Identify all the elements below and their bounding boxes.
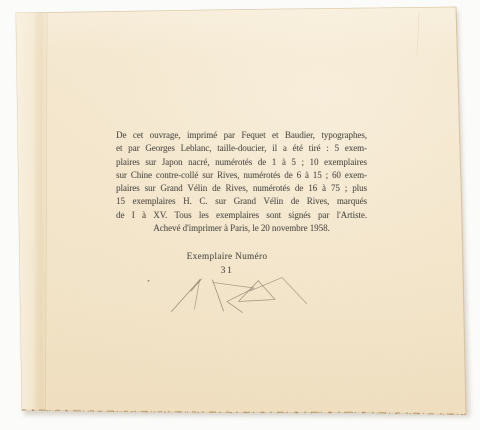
- exemplaire-label: Exemplaire Numéro: [155, 251, 299, 262]
- signature-stroke: [191, 279, 202, 291]
- photograph-of-colophon-page: De cet ouvrage, imprimé par Fequet et Ba…: [0, 0, 480, 430]
- colophon-line: 15 exemplaires H. C. sur Grand Vélin de …: [116, 195, 367, 208]
- colophon-line: plaires sur Japon nacré, numérotés de 1 …: [116, 156, 367, 169]
- colophon-line: sur Chine contre-collé sur Rives, numéro…: [116, 169, 367, 182]
- signature-stroke: [172, 280, 201, 312]
- signature-stroke: [239, 281, 276, 302]
- colophon-text-block: De cet ouvrage, imprimé par Fequet et Ba…: [116, 129, 367, 235]
- colophon-line-achevé: Achevé d'imprimer à Paris, le 20 novembr…: [116, 222, 367, 235]
- signature-stroke: [213, 280, 224, 311]
- colophon-line: et par Georges Leblanc, taille-doucier, …: [116, 142, 367, 155]
- artist-signature: [166, 272, 316, 320]
- colophon-line: plaires sur Grand Vélin de Rives, numéro…: [116, 182, 367, 195]
- colophon-line: De cet ouvrage, imprimé par Fequet et Ba…: [116, 129, 367, 142]
- signature-strokes: [172, 278, 307, 313]
- colophon-line: de I à XV. Tous les exemplaires sont sig…: [116, 209, 367, 222]
- dust-speck: [148, 280, 150, 282]
